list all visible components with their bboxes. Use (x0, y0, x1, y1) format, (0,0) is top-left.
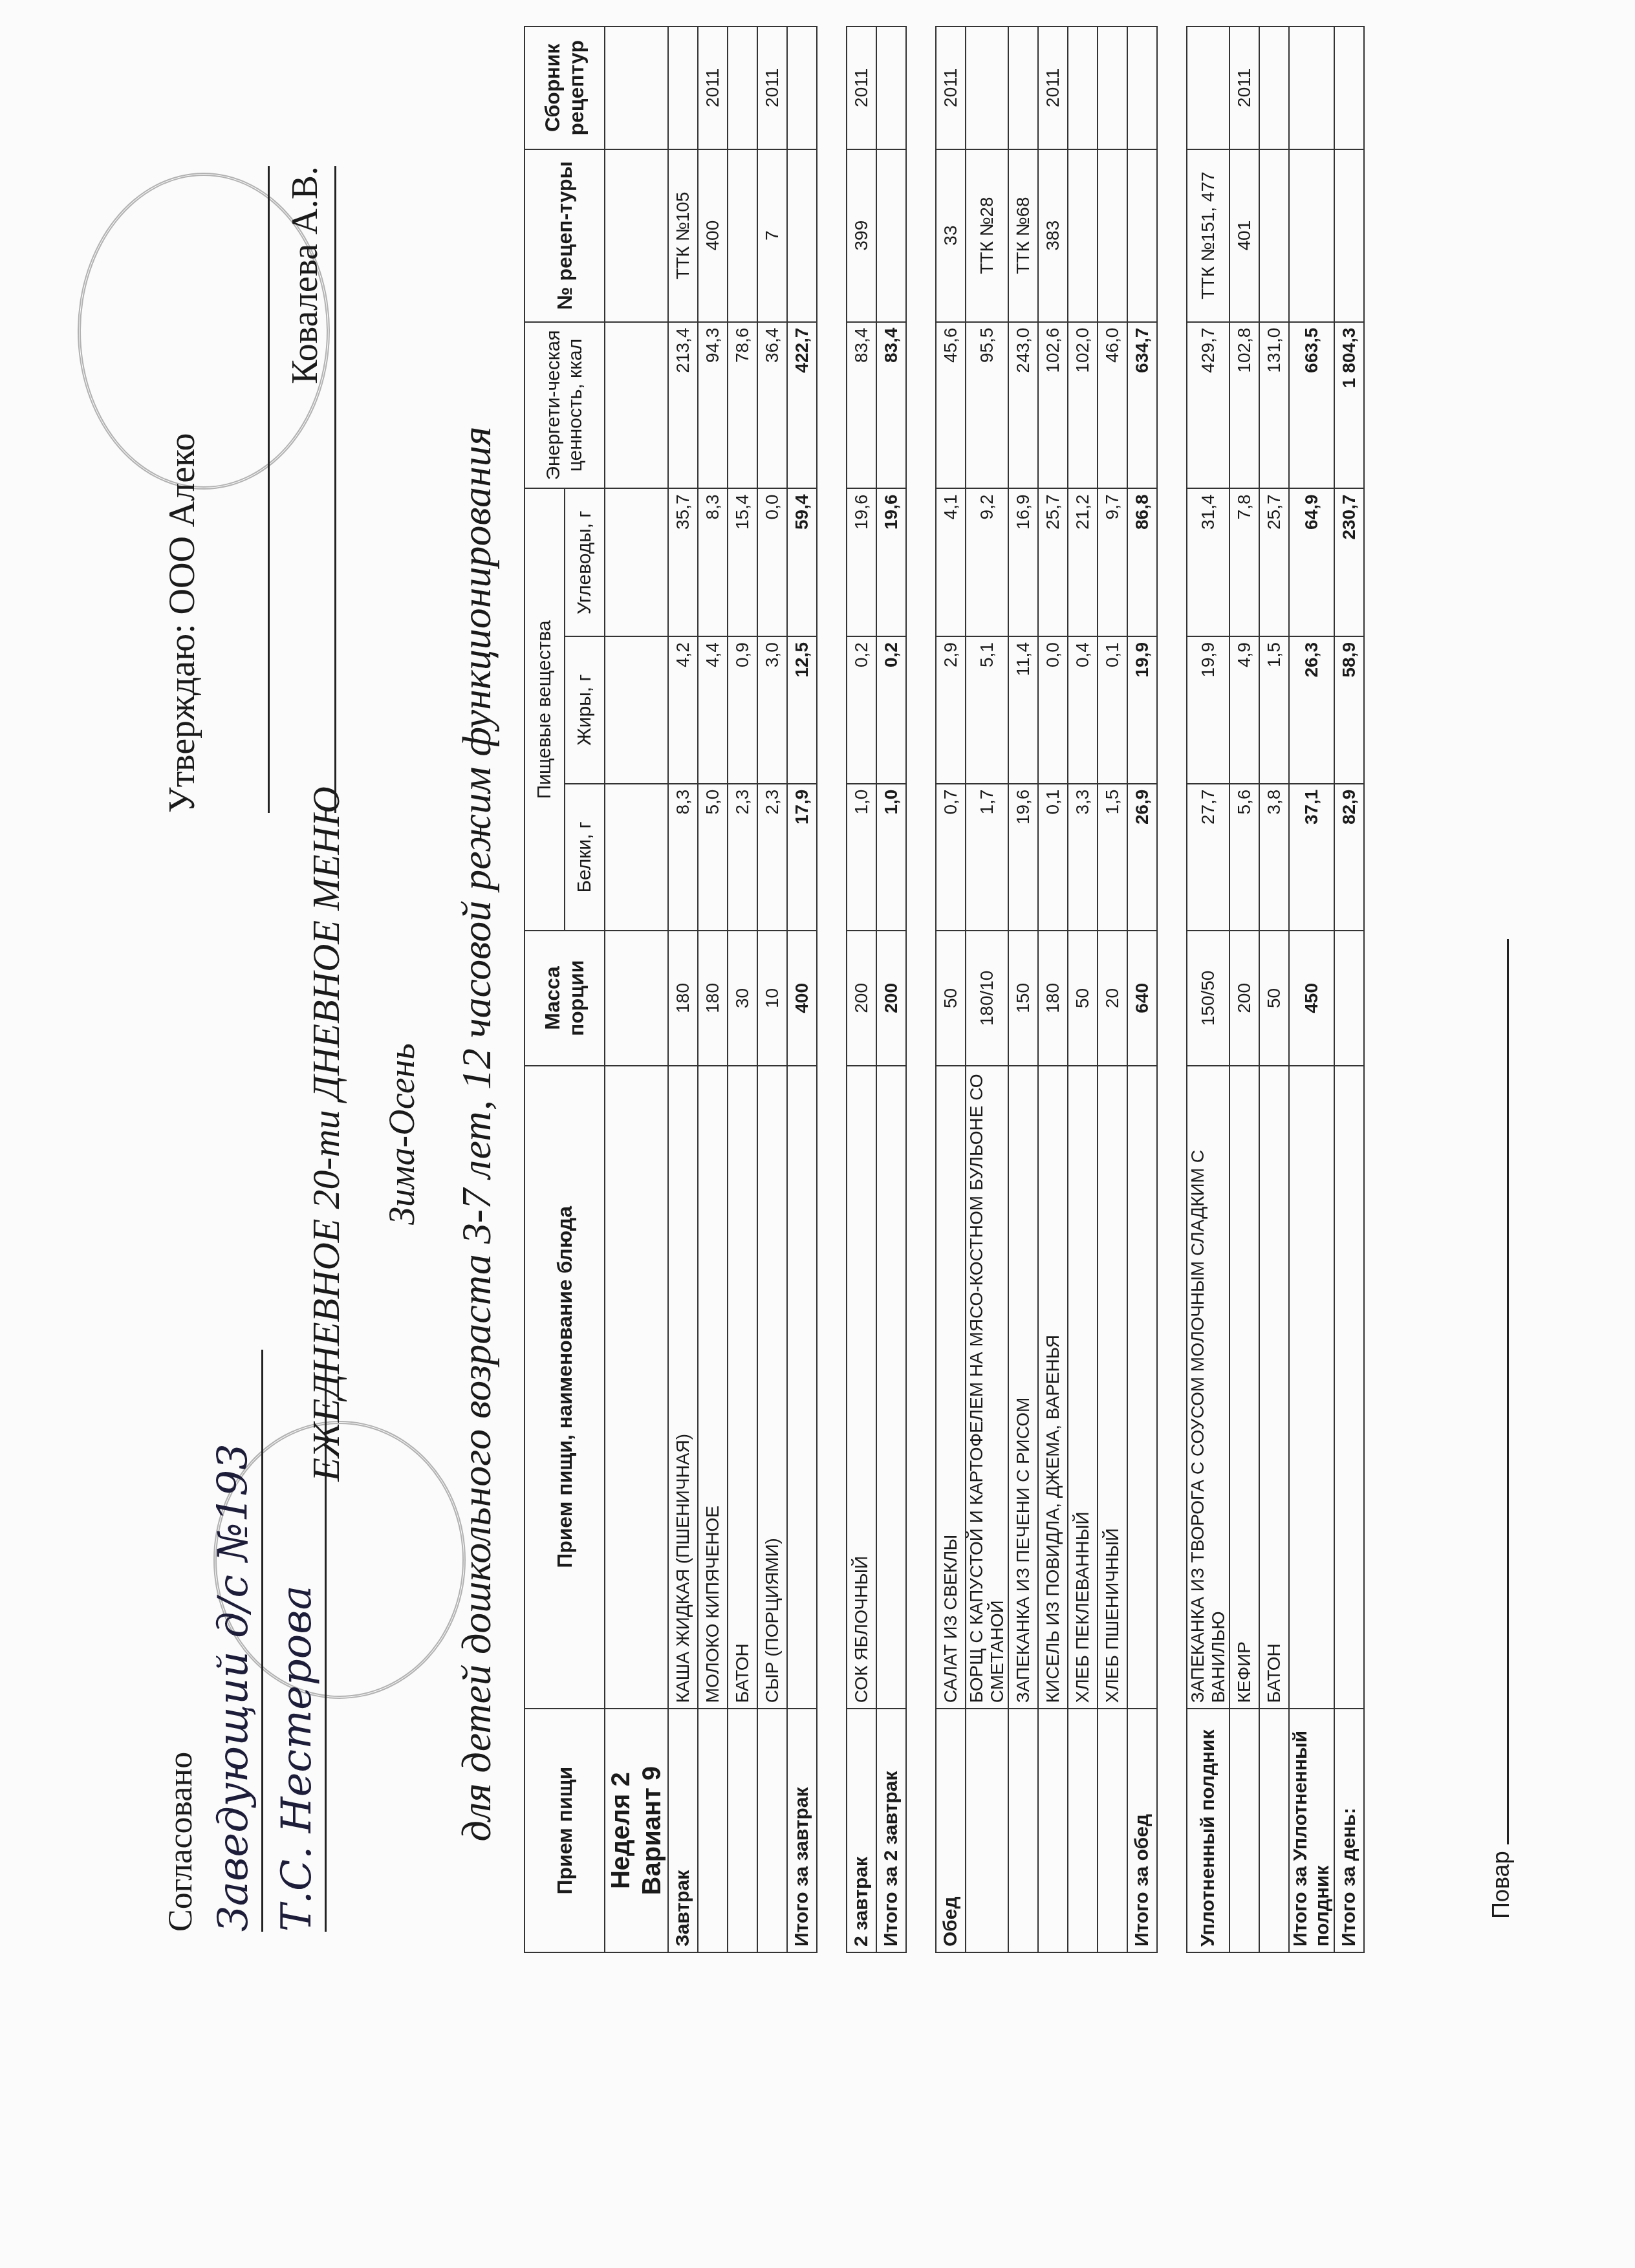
cell-protein: 26,9 (1127, 784, 1157, 931)
cell-energy: 95,5 (966, 322, 1008, 489)
cell-fat: 3,0 (757, 636, 787, 784)
cell-meal (1229, 1709, 1259, 1952)
cell-recipe (1334, 149, 1364, 322)
cell-book (1098, 27, 1127, 149)
cell-energy: 102,8 (1229, 322, 1259, 489)
cell-protein: 0,7 (936, 784, 966, 931)
cell-meal: 2 завтрак (847, 1709, 876, 1952)
table-row: БОРЩ С КАПУСТОЙ И КАРТОФЕЛЕМ НА МЯСО-КОС… (966, 27, 1008, 1952)
cell-mass: 180/10 (966, 931, 1008, 1065)
cell-recipe: 400 (698, 149, 728, 322)
cell-fat: 0,0 (1038, 636, 1068, 784)
table-spacer-row (906, 27, 936, 1952)
cell-carbs: 59,4 (787, 488, 817, 636)
cell-carbs: 64,9 (1289, 488, 1334, 636)
cell-carbs: 7,8 (1229, 488, 1259, 636)
cell-dish: КЕФИР (1229, 1066, 1259, 1709)
cell-recipe: 401 (1229, 149, 1259, 322)
cell-meal: Итого за завтрак (787, 1709, 817, 1952)
header-energy: Энергети-ческая ценность, ккал (525, 322, 605, 489)
table-row: ХЛЕБ ПШЕНИЧНЫЙ201,50,19,746,0 (1098, 27, 1127, 1952)
cell-protein: 3,8 (1259, 784, 1289, 931)
cell-carbs: 19,6 (847, 488, 876, 636)
cell-meal: Завтрак (668, 1709, 698, 1952)
cell-dish: КАША ЖИДКАЯ (ПШЕНИЧНАЯ) (668, 1066, 698, 1709)
cell-carbs: 21,2 (1068, 488, 1098, 636)
cell-protein: 1,5 (1098, 784, 1127, 931)
cell-mass: 50 (1068, 931, 1098, 1065)
cell-carbs: 230,7 (1334, 488, 1364, 636)
cell-energy: 102,6 (1038, 322, 1068, 489)
cell-carbs: 9,7 (1098, 488, 1127, 636)
cell-meal: Итого за обед (1127, 1709, 1157, 1952)
cell-energy: 634,7 (1127, 322, 1157, 489)
cell-meal: Уплотненный полдник (1187, 1709, 1229, 1952)
cell-recipe (876, 149, 906, 322)
cell-recipe (1289, 149, 1334, 322)
table-row: СЫР (ПОРЦИЯМИ)102,33,00,036,472011 (757, 27, 787, 1952)
cell-mass: 450 (1289, 931, 1334, 1065)
cell-energy: 94,3 (698, 322, 728, 489)
cell-book (728, 27, 757, 149)
cell-protein: 2,3 (757, 784, 787, 931)
cell-protein: 1,0 (847, 784, 876, 931)
table-row: БАТОН302,30,915,478,6 (728, 27, 757, 1952)
cell-recipe: ТТК №151, 477 (1187, 149, 1229, 322)
cell-book: 2011 (936, 27, 966, 149)
rotated-document-page: Согласовано Заведующий д/с №193 Т.С. Нес… (0, 0, 1635, 2268)
cell-carbs: 15,4 (728, 488, 757, 636)
cell-recipe: ТТК №28 (966, 149, 1008, 322)
header-book: Сборник рецептур (525, 27, 605, 149)
cell-mass: 200 (1229, 931, 1259, 1065)
table-total-row: Итого за обед64026,919,986,8634,7 (1127, 27, 1157, 1952)
cell-energy: 36,4 (757, 322, 787, 489)
cell-protein: 2,3 (728, 784, 757, 931)
table-row: КИСЕЛЬ ИЗ ПОВИДЛА, ДЖЕМА, ВАРЕНЬЯ1800,10… (1038, 27, 1068, 1952)
cell-carbs: 86,8 (1127, 488, 1157, 636)
cell-protein: 3,3 (1068, 784, 1098, 931)
cell-meal (698, 1709, 728, 1952)
cell-fat: 0,4 (1068, 636, 1098, 784)
table-row: ЗавтракКАША ЖИДКАЯ (ПШЕНИЧНАЯ)1808,34,23… (668, 27, 698, 1952)
cell-mass: 10 (757, 931, 787, 1065)
cell-fat: 0,1 (1098, 636, 1127, 784)
cook-signature-label: Повар (1488, 1851, 1514, 1919)
cell-fat: 5,1 (966, 636, 1008, 784)
table-spacer-row (817, 27, 847, 1952)
cell-recipe: ТТК №105 (668, 149, 698, 322)
cell-mass: 150 (1008, 931, 1038, 1065)
cell-protein: 82,9 (1334, 784, 1364, 931)
cell-fat: 2,9 (936, 636, 966, 784)
cell-recipe (787, 149, 817, 322)
table-total-row: Итого за завтрак40017,912,559,4422,7 (787, 27, 817, 1952)
cell-protein: 0,1 (1038, 784, 1068, 931)
cell-recipe: 383 (1038, 149, 1068, 322)
cell-book: 2011 (757, 27, 787, 149)
cell-carbs: 25,7 (1259, 488, 1289, 636)
cell-book (1127, 27, 1157, 149)
cell-energy: 243,0 (1008, 322, 1038, 489)
cell-fat: 26,3 (1289, 636, 1334, 784)
week-label: Неделя 2 (605, 1714, 636, 1947)
table-row: МОЛОКО КИПЯЧЕНОЕ1805,04,48,394,34002011 (698, 27, 728, 1952)
cell-carbs: 0,0 (757, 488, 787, 636)
cell-carbs: 8,3 (698, 488, 728, 636)
cell-dish: ХЛЕБ ПЕКЛЕВАННЫЙ (1068, 1066, 1098, 1709)
cell-energy: 46,0 (1098, 322, 1127, 489)
cell-book: 2011 (1038, 27, 1068, 149)
approve-label: Утверждаю: ООО Алеко (162, 166, 203, 813)
cell-mass: 20 (1098, 931, 1127, 1065)
cell-fat: 4,2 (668, 636, 698, 784)
table-total-row: Итого за Уплотненный полдник45037,126,36… (1289, 27, 1334, 1952)
cell-fat: 4,9 (1229, 636, 1259, 784)
cell-dish: СЫР (ПОРЦИЯМИ) (757, 1066, 787, 1709)
header-recipe: № рецеп-туры (525, 149, 605, 322)
header-mass: Масса порции (525, 931, 605, 1065)
cell-book: 2011 (847, 27, 876, 149)
cell-book (1068, 27, 1098, 149)
cell-meal (1259, 1709, 1289, 1952)
cell-dish: БАТОН (1259, 1066, 1289, 1709)
header-fat: Жиры, г (565, 636, 605, 784)
menu-table: Прием пищи Прием пищи, наименование блюд… (524, 26, 1365, 1953)
cell-energy: 213,4 (668, 322, 698, 489)
agreed-block: Согласовано Заведующий д/с №193 Т.С. Нес… (162, 1350, 327, 1932)
cell-dish (787, 1066, 817, 1709)
cell-fat: 1,5 (1259, 636, 1289, 784)
cell-mass: 50 (1259, 931, 1289, 1065)
cell-energy: 83,4 (847, 322, 876, 489)
cell-fat: 0,9 (728, 636, 757, 784)
cell-book (1008, 27, 1038, 149)
cell-carbs: 25,7 (1038, 488, 1068, 636)
cell-book (1289, 27, 1334, 149)
cell-meal (1098, 1709, 1127, 1952)
table-row: Уплотненный полдникЗАПЕКАНКА ИЗ ТВОРОГА … (1187, 27, 1229, 1952)
cell-protein: 37,1 (1289, 784, 1334, 931)
table-spacer-row (1157, 27, 1187, 1952)
cell-energy: 1 804,3 (1334, 322, 1364, 489)
cell-recipe: 7 (757, 149, 787, 322)
cell-recipe: 33 (936, 149, 966, 322)
table-total-row: Итого за 2 завтрак2001,00,219,683,4 (876, 27, 906, 1952)
cell-meal (1038, 1709, 1068, 1952)
cell-dish (1334, 1066, 1364, 1709)
cell-meal (728, 1709, 757, 1952)
cell-book: 2011 (698, 27, 728, 149)
table-total-row: Итого за день:82,958,9230,71 804,3 (1334, 27, 1364, 1952)
cell-meal: Обед (936, 1709, 966, 1952)
cell-book (1259, 27, 1289, 149)
table-row: 2 завтракСОК ЯБЛОЧНЫЙ2001,00,219,683,439… (847, 27, 876, 1952)
cell-protein: 5,0 (698, 784, 728, 931)
cell-book (876, 27, 906, 149)
cell-book: 2011 (1229, 27, 1259, 149)
cell-carbs: 9,2 (966, 488, 1008, 636)
cell-fat: 12,5 (787, 636, 817, 784)
cell-meal (1068, 1709, 1098, 1952)
document-subtitle: для детей дошкольного возраста 3-7 лет, … (453, 0, 501, 2268)
cell-recipe (1127, 149, 1157, 322)
cell-dish: БАТОН (728, 1066, 757, 1709)
cell-dish: СОК ЯБЛОЧНЫЙ (847, 1066, 876, 1709)
cell-fat: 11,4 (1008, 636, 1038, 784)
cell-mass: 180 (1038, 931, 1068, 1065)
cell-recipe: 399 (847, 149, 876, 322)
cook-signature-line (1507, 939, 1509, 1844)
agreed-label: Согласовано (162, 1350, 200, 1932)
cell-mass: 200 (847, 931, 876, 1065)
table-row: ХЛЕБ ПЕКЛЕВАННЫЙ503,30,421,2102,0 (1068, 27, 1098, 1952)
header-dish: Прием пищи, наименование блюда (525, 1066, 605, 1709)
cell-protein: 8,3 (668, 784, 698, 931)
cell-mass: 50 (936, 931, 966, 1065)
cell-meal (966, 1709, 1008, 1952)
cell-energy: 45,6 (936, 322, 966, 489)
cook-signature: Повар (1488, 939, 1515, 1919)
cell-fat: 19,9 (1187, 636, 1229, 784)
variant-label: Вариант 9 (636, 1714, 667, 1947)
cell-protein: 1,7 (966, 784, 1008, 931)
cell-meal (1008, 1709, 1038, 1952)
cell-meal: Итого за день: (1334, 1709, 1364, 1952)
header-carbs: Углеводы, г (565, 488, 605, 636)
cell-mass: 30 (728, 931, 757, 1065)
cell-meal: Итого за Уплотненный полдник (1289, 1709, 1334, 1952)
cell-fat: 0,2 (876, 636, 906, 784)
cell-fat: 0,2 (847, 636, 876, 784)
cell-energy: 422,7 (787, 322, 817, 489)
cell-energy: 663,5 (1289, 322, 1334, 489)
cell-dish (876, 1066, 906, 1709)
cell-meal (757, 1709, 787, 1952)
cell-protein: 27,7 (1187, 784, 1229, 931)
table-row: ЗАПЕКАНКА ИЗ ПЕЧЕНИ С РИСОМ15019,611,416… (1008, 27, 1038, 1952)
cell-dish: МОЛОКО КИПЯЧЕНОЕ (698, 1066, 728, 1709)
cell-recipe (1259, 149, 1289, 322)
approve-signature-line-1 (210, 166, 270, 813)
header-meal: Прием пищи (525, 1709, 605, 1952)
cell-meal: Итого за 2 завтрак (876, 1709, 906, 1952)
cell-protein: 1,0 (876, 784, 906, 931)
cell-carbs: 31,4 (1187, 488, 1229, 636)
cell-dish: ЗАПЕКАНКА ИЗ ТВОРОГА С СОУСОМ МОЛОЧНЫМ С… (1187, 1066, 1229, 1709)
cell-energy: 131,0 (1259, 322, 1289, 489)
agreed-signature-line-1: Заведующий д/с №193 (206, 1350, 263, 1932)
cell-recipe: ТТК №68 (1008, 149, 1038, 322)
cell-mass: 640 (1127, 931, 1157, 1065)
cell-book (966, 27, 1008, 149)
cell-dish (1127, 1066, 1157, 1709)
cell-fat: 4,4 (698, 636, 728, 784)
cell-energy: 78,6 (728, 322, 757, 489)
cell-fat: 19,9 (1127, 636, 1157, 784)
cell-dish: САЛАТ ИЗ СВЕКЛЫ (936, 1066, 966, 1709)
cell-dish: ХЛЕБ ПШЕНИЧНЫЙ (1098, 1066, 1127, 1709)
cell-recipe (728, 149, 757, 322)
table-row: БАТОН503,81,525,7131,0 (1259, 27, 1289, 1952)
cell-mass: 400 (787, 931, 817, 1065)
document-season: Зима-Осень (382, 0, 423, 2268)
cell-protein: 5,6 (1229, 784, 1259, 931)
cell-mass: 180 (698, 931, 728, 1065)
cell-dish (1289, 1066, 1334, 1709)
cell-recipe (1068, 149, 1098, 322)
cell-carbs: 19,6 (876, 488, 906, 636)
cell-fat: 58,9 (1334, 636, 1364, 784)
cell-protein: 19,6 (1008, 784, 1038, 931)
cell-book (1334, 27, 1364, 149)
cell-carbs: 16,9 (1008, 488, 1038, 636)
table-row: КЕФИР2005,64,97,8102,84012011 (1229, 27, 1259, 1952)
cell-book (668, 27, 698, 149)
cell-dish: ЗАПЕКАНКА ИЗ ПЕЧЕНИ С РИСОМ (1008, 1066, 1038, 1709)
cell-carbs: 4,1 (936, 488, 966, 636)
header-nutrients: Пищевые вещества (525, 488, 565, 931)
document-title: ЕЖЕДНЕВНОЕ 20-ти ДНЕВНОЕ МЕНЮ (304, 0, 349, 2268)
table-row: ОбедСАЛАТ ИЗ СВЕКЛЫ500,72,94,145,6332011 (936, 27, 966, 1952)
cell-mass: 200 (876, 931, 906, 1065)
cell-mass: 180 (668, 931, 698, 1065)
week-variant-cell: Неделя 2 Вариант 9 (605, 1709, 668, 1952)
cell-mass: 150/50 (1187, 931, 1229, 1065)
cell-book (1187, 27, 1229, 149)
menu-table-body: ЗавтракКАША ЖИДКАЯ (ПШЕНИЧНАЯ)1808,34,23… (668, 27, 1364, 1952)
cell-book (787, 27, 817, 149)
cell-energy: 429,7 (1187, 322, 1229, 489)
header-protein: Белки, г (565, 784, 605, 931)
cell-recipe (1098, 149, 1127, 322)
cell-mass (1334, 931, 1364, 1065)
cell-energy: 102,0 (1068, 322, 1098, 489)
cell-protein: 17,9 (787, 784, 817, 931)
cell-dish: КИСЕЛЬ ИЗ ПОВИДЛА, ДЖЕМА, ВАРЕНЬЯ (1038, 1066, 1068, 1709)
cell-energy: 83,4 (876, 322, 906, 489)
cell-dish: БОРЩ С КАПУСТОЙ И КАРТОФЕЛЕМ НА МЯСО-КОС… (966, 1066, 1008, 1709)
cell-carbs: 35,7 (668, 488, 698, 636)
